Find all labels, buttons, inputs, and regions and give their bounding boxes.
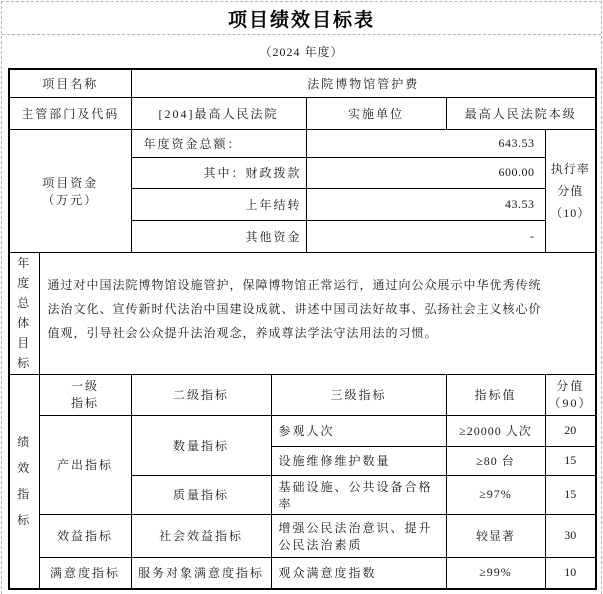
row-funding-total: 项目资金 （万元） 年度资金总额： 643.53 执行率 分值 （10） (9, 129, 596, 157)
indicator-pass-rate-score: 15 (545, 475, 596, 514)
indicator-row: 效益指标 社会效益指标 增强公民法治意识、提升公民法治素质 较显著 30 (9, 514, 596, 557)
project-name-value: 法院博物馆管护费 (131, 69, 596, 97)
indicator-awareness-value: 较显著 (446, 514, 545, 557)
row-annual-goal: 年 度 总 体 目 标 通过对中国法院博物馆设施管护，保障博物馆正常运行，通过向… (9, 252, 596, 374)
level2-social-benefit: 社会效益指标 (131, 514, 271, 557)
indicator-row: 产出指标 数量指标 参观人次 ≥20000 人次 20 (9, 415, 596, 446)
page-subtitle: （2024 年度） (259, 43, 343, 60)
indicator-visitors-value: ≥20000 人次 (446, 415, 545, 446)
performance-target-table: 项目名称 法院博物馆管护费 主管部门及代码 [204]最高人民法院 实施单位 最… (8, 68, 597, 590)
level2-quantity: 数量指标 (131, 415, 271, 475)
indicator-pass-rate: 基础设施、公共设备合格率 (271, 475, 446, 514)
implement-unit-value: 最高人民法院本级 (446, 97, 596, 129)
project-name-label: 项目名称 (9, 69, 131, 97)
funding-fiscal-label: 其中：财政拨款 (131, 157, 306, 188)
header-level1: 一级 指标 (39, 374, 131, 415)
subtitle-block: （2024 年度） (2, 35, 601, 68)
indicator-maintenance-score: 15 (545, 446, 596, 475)
indicator-row: 满意度指标 服务对象满意度指标 观众满意度指数 ≥99% 10 (9, 557, 596, 589)
implement-unit-label: 实施单位 (306, 97, 446, 129)
funding-section-label: 项目资金 （万元） (9, 129, 131, 252)
annual-goal-section-label: 年 度 总 体 目 标 (9, 252, 39, 374)
indicator-visitors-score: 20 (545, 415, 596, 446)
funding-fiscal-value: 600.00 (306, 157, 545, 188)
indicator-pass-rate-value: ≥97% (446, 475, 545, 514)
level1-benefit: 效益指标 (39, 514, 131, 557)
indicator-visitors: 参观人次 (271, 415, 446, 446)
indicator-awareness: 增强公民法治意识、提升公民法治素质 (271, 514, 446, 557)
title-block: 项目绩效目标表 (2, 2, 601, 35)
row-project-name: 项目名称 法院博物馆管护费 (9, 69, 596, 97)
annual-goal-text: 通过对中国法院博物馆设施管护，保障博物馆正常运行，通过向公众展示中华优秀传统法治… (39, 252, 596, 374)
funding-total-value: 643.53 (306, 129, 545, 157)
level1-satisfaction: 满意度指标 (39, 557, 131, 589)
department-label: 主管部门及代码 (9, 97, 131, 129)
indicator-awareness-score: 30 (545, 514, 596, 557)
funding-carryover-label: 上年结转 (131, 188, 306, 220)
level1-output: 产出指标 (39, 415, 131, 514)
row-indicator-header: 绩 效 指 标 一级 指标 二级指标 三级指标 指标值 分值 （90） (9, 374, 596, 415)
header-value: 指标值 (446, 374, 545, 415)
funding-other-label: 其他资金 (131, 220, 306, 252)
row-department: 主管部门及代码 [204]最高人民法院 实施单位 最高人民法院本级 (9, 97, 596, 129)
execution-rate-label: 执行率 分值 （10） (545, 129, 596, 252)
funding-other-value: - (306, 220, 545, 252)
funding-carryover-value: 43.53 (306, 188, 545, 220)
page-title: 项目绩效目标表 (228, 5, 375, 32)
indicator-satisfaction-score: 10 (545, 557, 596, 589)
funding-total-label: 年度资金总额： (131, 129, 306, 157)
indicator-satisfaction-index: 观众满意度指数 (271, 557, 446, 589)
indicator-satisfaction-value: ≥99% (446, 557, 545, 589)
indicator-maintenance-value: ≥80 台 (446, 446, 545, 475)
performance-section-label: 绩 效 指 标 (9, 374, 39, 589)
header-level3: 三级指标 (271, 374, 446, 415)
header-level2: 二级指标 (131, 374, 271, 415)
page: 项目绩效目标表 （2024 年度） 项目名称 法院博物馆管护费 主管部门及代码 … (1, 1, 602, 594)
level2-quality: 质量指标 (131, 475, 271, 514)
indicator-maintenance: 设施维修维护数量 (271, 446, 446, 475)
level2-service-satisfaction: 服务对象满意度指标 (131, 557, 271, 589)
header-score: 分值 （90） (545, 374, 596, 415)
department-value: [204]最高人民法院 (131, 97, 306, 129)
